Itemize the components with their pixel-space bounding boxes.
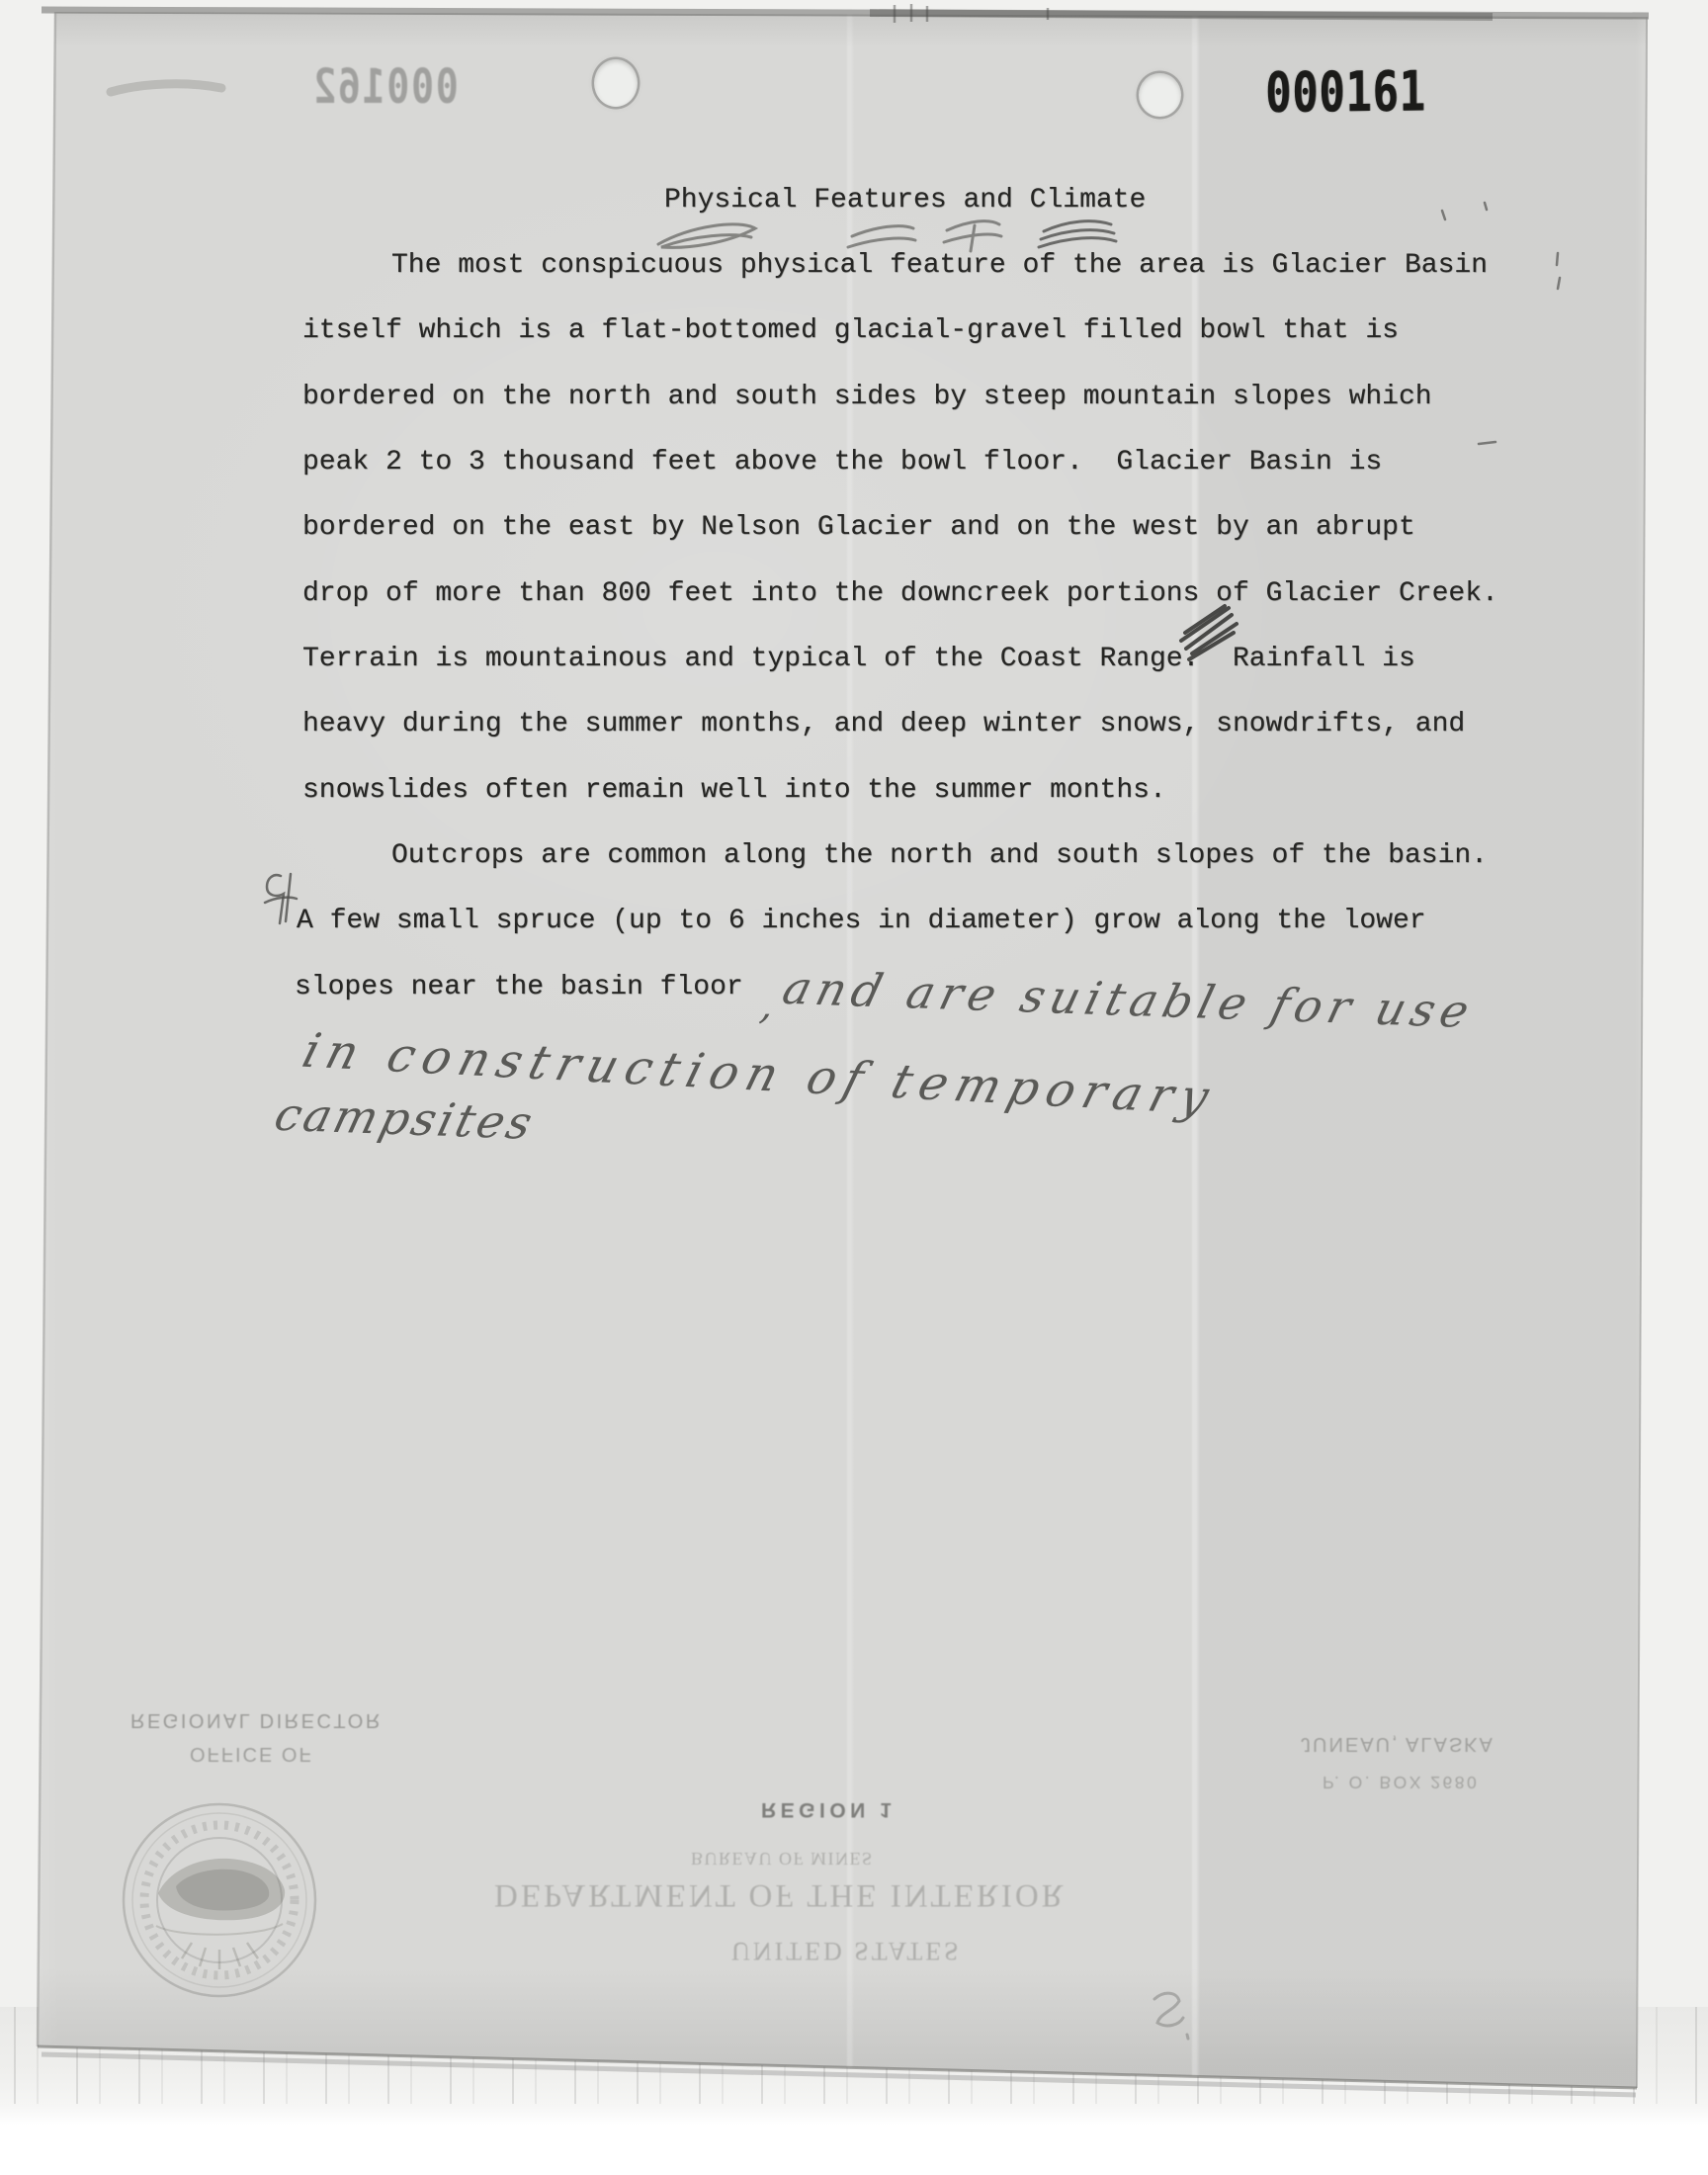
page-number-stamp: 000161: [1265, 60, 1426, 126]
body-line: bordered on the east by Nelson Glacier a…: [302, 511, 1415, 545]
handwritten-line: campsites: [270, 1087, 541, 1150]
body-line: A few small spruce (up to 6 inches in di…: [297, 905, 1426, 938]
body-line: bordered on the north and south sides by…: [302, 381, 1432, 414]
bleed-united-states: UNITED STATES: [731, 1936, 962, 1965]
bleed-bureau-of-mines: BUREAU OF MINES: [691, 1848, 874, 1869]
body-line: drop of more than 800 feet into the down…: [302, 577, 1498, 611]
scan-background-bottom: [0, 2104, 1708, 2175]
punch-hole-right: [1139, 73, 1181, 117]
body-line: peak 2 to 3 thousand feet above the bowl…: [302, 446, 1382, 479]
punch-hole-left: [594, 59, 638, 107]
body-line: Outcrops are common along the north and …: [391, 839, 1488, 873]
bleed-regional-director: REGIONAL DIRECTOR: [130, 1708, 383, 1731]
body-line: snowslides often remain well into the su…: [302, 774, 1166, 808]
bleed-office-of: OFFICE OF: [190, 1742, 313, 1765]
scanned-document-page: 000161 000162 Physical Features and Clim…: [0, 0, 1708, 2175]
bleed-region-1: REGION 1: [761, 1797, 896, 1821]
bleed-po-box: P. O. BOX 2680: [1323, 1772, 1479, 1792]
body-line: The most conspicuous physical feature of…: [391, 249, 1488, 283]
bleed-juneau-alaska: JUNEAU, ALASKA: [1301, 1732, 1494, 1755]
body-line: Terrain is mountainous and typical of th…: [302, 643, 1415, 676]
body-line: heavy during the summer months, and deep…: [302, 708, 1465, 741]
page-title: Physical Features and Climate: [664, 184, 1146, 217]
body-line: itself which is a flat-bottomed glacial-…: [302, 314, 1399, 348]
bleed-through-page-number: 000162: [312, 59, 459, 115]
bleed-department-of-interior: DEPARTMENT OF THE INTERIOR: [494, 1876, 1067, 1913]
body-line: slopes near the basin floor: [295, 971, 743, 1004]
